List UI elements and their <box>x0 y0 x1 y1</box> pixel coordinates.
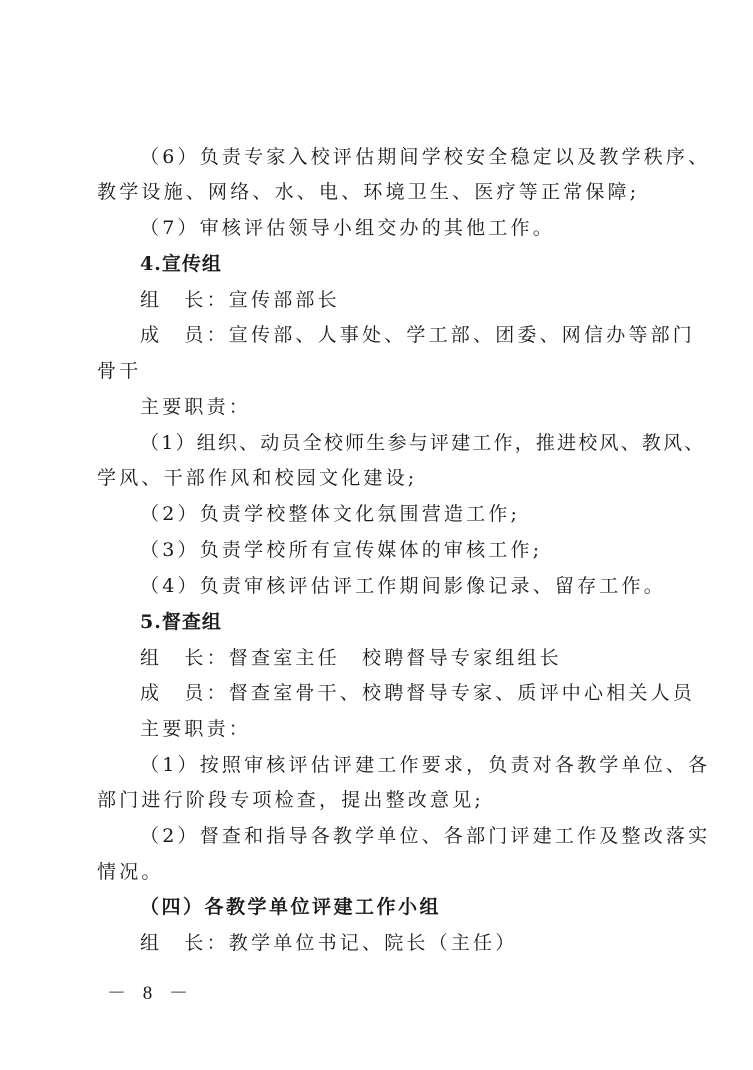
page-number: － 8 － <box>107 978 194 1005</box>
section-heading-supervision-group: 5.督查组 <box>140 610 700 634</box>
paragraph-line: （3）负责学校所有宣传媒体的审核工作; <box>140 538 700 562</box>
section-heading-publicity-group: 4.宣传组 <box>140 252 700 276</box>
document-page: （6）负责专家入校评估期间学校安全稳定以及教学秩序、 教学设施、网络、水、电、环… <box>0 0 753 1070</box>
group-leader-line: 组 长：宣传部部长 <box>140 288 700 312</box>
group-leader-line: 组 长：教学单位书记、院长（主任） <box>140 931 700 955</box>
group-members-line: 成 员：督查室骨干、校聘督导专家、质评中心相关人员 <box>140 681 700 705</box>
paragraph-line: （6）负责专家入校评估期间学校安全稳定以及教学秩序、 <box>140 145 700 169</box>
paragraph-line: （2）督查和指导各教学单位、各部门评建工作及整改落实 <box>140 824 700 848</box>
paragraph-line: 学风、干部作风和校园文化建设; <box>97 466 657 490</box>
group-members-line: 成 员：宣传部、人事处、学工部、团委、网信办等部门 <box>140 323 700 347</box>
paragraph-line: 情况。 <box>97 860 657 884</box>
paragraph-line: （7）审核评估领导小组交办的其他工作。 <box>140 216 700 240</box>
responsibilities-label: 主要职责： <box>140 717 700 741</box>
paragraph-line: （1）按照审核评估评建工作要求，负责对各教学单位、各 <box>140 753 700 777</box>
paragraph-line: 部门进行阶段专项检查，提出整改意见; <box>97 788 657 812</box>
paragraph-line: （4）负责审核评估评工作期间影像记录、留存工作。 <box>140 574 700 598</box>
paragraph-line: （2）负责学校整体文化氛围营造工作; <box>140 502 700 526</box>
paragraph-line: （1）组织、动员全校师生参与评建工作，推进校风、教风、 <box>140 431 700 455</box>
responsibilities-label: 主要职责： <box>140 395 700 419</box>
paragraph-line: 教学设施、网络、水、电、环境卫生、医疗等正常保障; <box>97 180 657 204</box>
section-heading-teaching-units: （四）各教学单位评建工作小组 <box>140 895 700 919</box>
group-leader-line: 组 长：督查室主任 校聘督导专家组组长 <box>140 646 700 670</box>
paragraph-line: 骨干 <box>97 359 657 383</box>
